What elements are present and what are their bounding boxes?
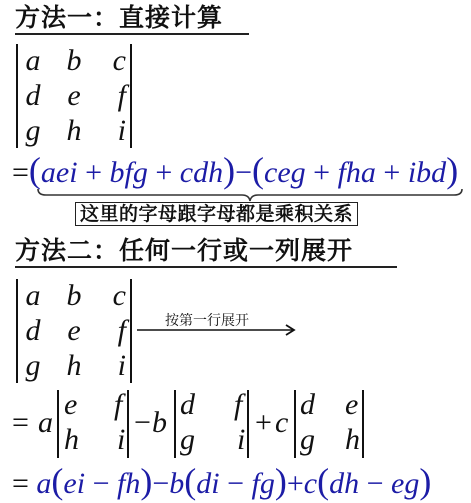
coefficient: c [275, 406, 288, 440]
operator: − [152, 467, 169, 500]
minor-cell: e [345, 388, 358, 422]
minor-cell: h [345, 423, 360, 457]
det-right-bar [130, 44, 132, 148]
det-cell: g [18, 349, 48, 383]
coefficient: b [152, 406, 167, 440]
det-cell: c [104, 279, 126, 313]
paren: ( [252, 150, 264, 190]
det-cell: a [18, 279, 48, 313]
operator: − [93, 467, 110, 500]
paren: ) [140, 461, 152, 501]
equals-sign: = [12, 156, 29, 189]
term: ei [63, 467, 85, 500]
minor-cell: f [114, 388, 122, 422]
minor-right-bar [247, 390, 249, 458]
method2-title: 方法二：任何一行或一列展开 [15, 236, 353, 266]
operator: − [227, 467, 244, 500]
minor-cell: f [234, 388, 242, 422]
det-cell: e [59, 79, 89, 113]
operator: + [313, 156, 330, 189]
equals-sign: = [12, 406, 29, 440]
det-cell: d [18, 79, 48, 113]
coefficient: c [304, 467, 317, 500]
term: cdh [180, 156, 223, 189]
det-cell: i [104, 114, 126, 148]
coefficient: a [36, 467, 51, 500]
term: dh [329, 467, 359, 500]
det-cell: h [59, 349, 89, 383]
operator: − [134, 406, 151, 440]
operator: − [235, 156, 252, 189]
operator: + [287, 467, 304, 500]
method2-determinant: a b c d e f g h i [14, 279, 136, 385]
det-cell: f [104, 314, 126, 348]
minor-cell: e [64, 388, 77, 422]
term: fh [117, 467, 140, 500]
term: ibd [408, 156, 446, 189]
operator: + [255, 406, 272, 440]
term: aei [41, 156, 78, 189]
minor-cell: h [64, 423, 79, 457]
det-cell: c [104, 44, 126, 78]
minor-cell: d [180, 388, 195, 422]
paren: ) [419, 461, 431, 501]
term: di [196, 467, 219, 500]
minor-left-bar [174, 390, 176, 458]
det-right-bar [130, 279, 132, 383]
right-arrow-icon [136, 323, 298, 337]
operator: + [383, 156, 400, 189]
paren: ) [446, 150, 458, 190]
minor-left-bar [57, 390, 59, 458]
det-cell: g [18, 114, 48, 148]
method2-title-underline [15, 266, 397, 268]
underbrace-icon [36, 188, 464, 202]
method1-determinant: a b c d e f g h i [14, 44, 136, 150]
minor-cell: i [117, 423, 125, 457]
term: eg [391, 467, 419, 500]
term: ceg [264, 156, 306, 189]
term: bfg [110, 156, 148, 189]
paren: ( [29, 150, 41, 190]
minor-right-bar [127, 390, 129, 458]
coefficient: b [169, 467, 184, 500]
minor-cell: d [300, 388, 315, 422]
method1-result: =(aei + bfg + cdh)−(ceg + fha + ibd) [12, 153, 458, 190]
det-cell: d [18, 314, 48, 348]
det-cell: b [59, 279, 89, 313]
minor-cell: g [300, 423, 315, 457]
minor-cell: i [237, 423, 245, 457]
minor-right-bar [362, 390, 364, 458]
operator: − [367, 467, 384, 500]
det-cell: i [104, 349, 126, 383]
minor-left-bar [294, 390, 296, 458]
paren: ) [223, 150, 235, 190]
paren: ) [275, 461, 287, 501]
method2-expansion: = a e f h i − b d f g i + c d e g h [12, 388, 471, 462]
paren: ( [184, 461, 196, 501]
minor-cell: g [180, 423, 195, 457]
det-cell: a [18, 44, 48, 78]
method1-title: 方法一：直接计算 [15, 3, 223, 33]
det-cell: f [104, 79, 126, 113]
method1-title-underline [15, 33, 249, 35]
det-cell: h [59, 114, 89, 148]
term: fg [252, 467, 275, 500]
equals-sign: = [12, 467, 29, 500]
coefficient: a [38, 406, 53, 440]
paren: ( [51, 461, 63, 501]
paren: ( [317, 461, 329, 501]
operator: + [85, 156, 102, 189]
term: fha [338, 156, 376, 189]
det-cell: b [59, 44, 89, 78]
product-note-box: 这里的字母跟字母都是乘积关系 [75, 202, 358, 226]
operator: + [155, 156, 172, 189]
det-cell: e [59, 314, 89, 348]
method2-final: = a(ei − fh)−b(di − fg)+c(dh − eg) [12, 464, 431, 501]
